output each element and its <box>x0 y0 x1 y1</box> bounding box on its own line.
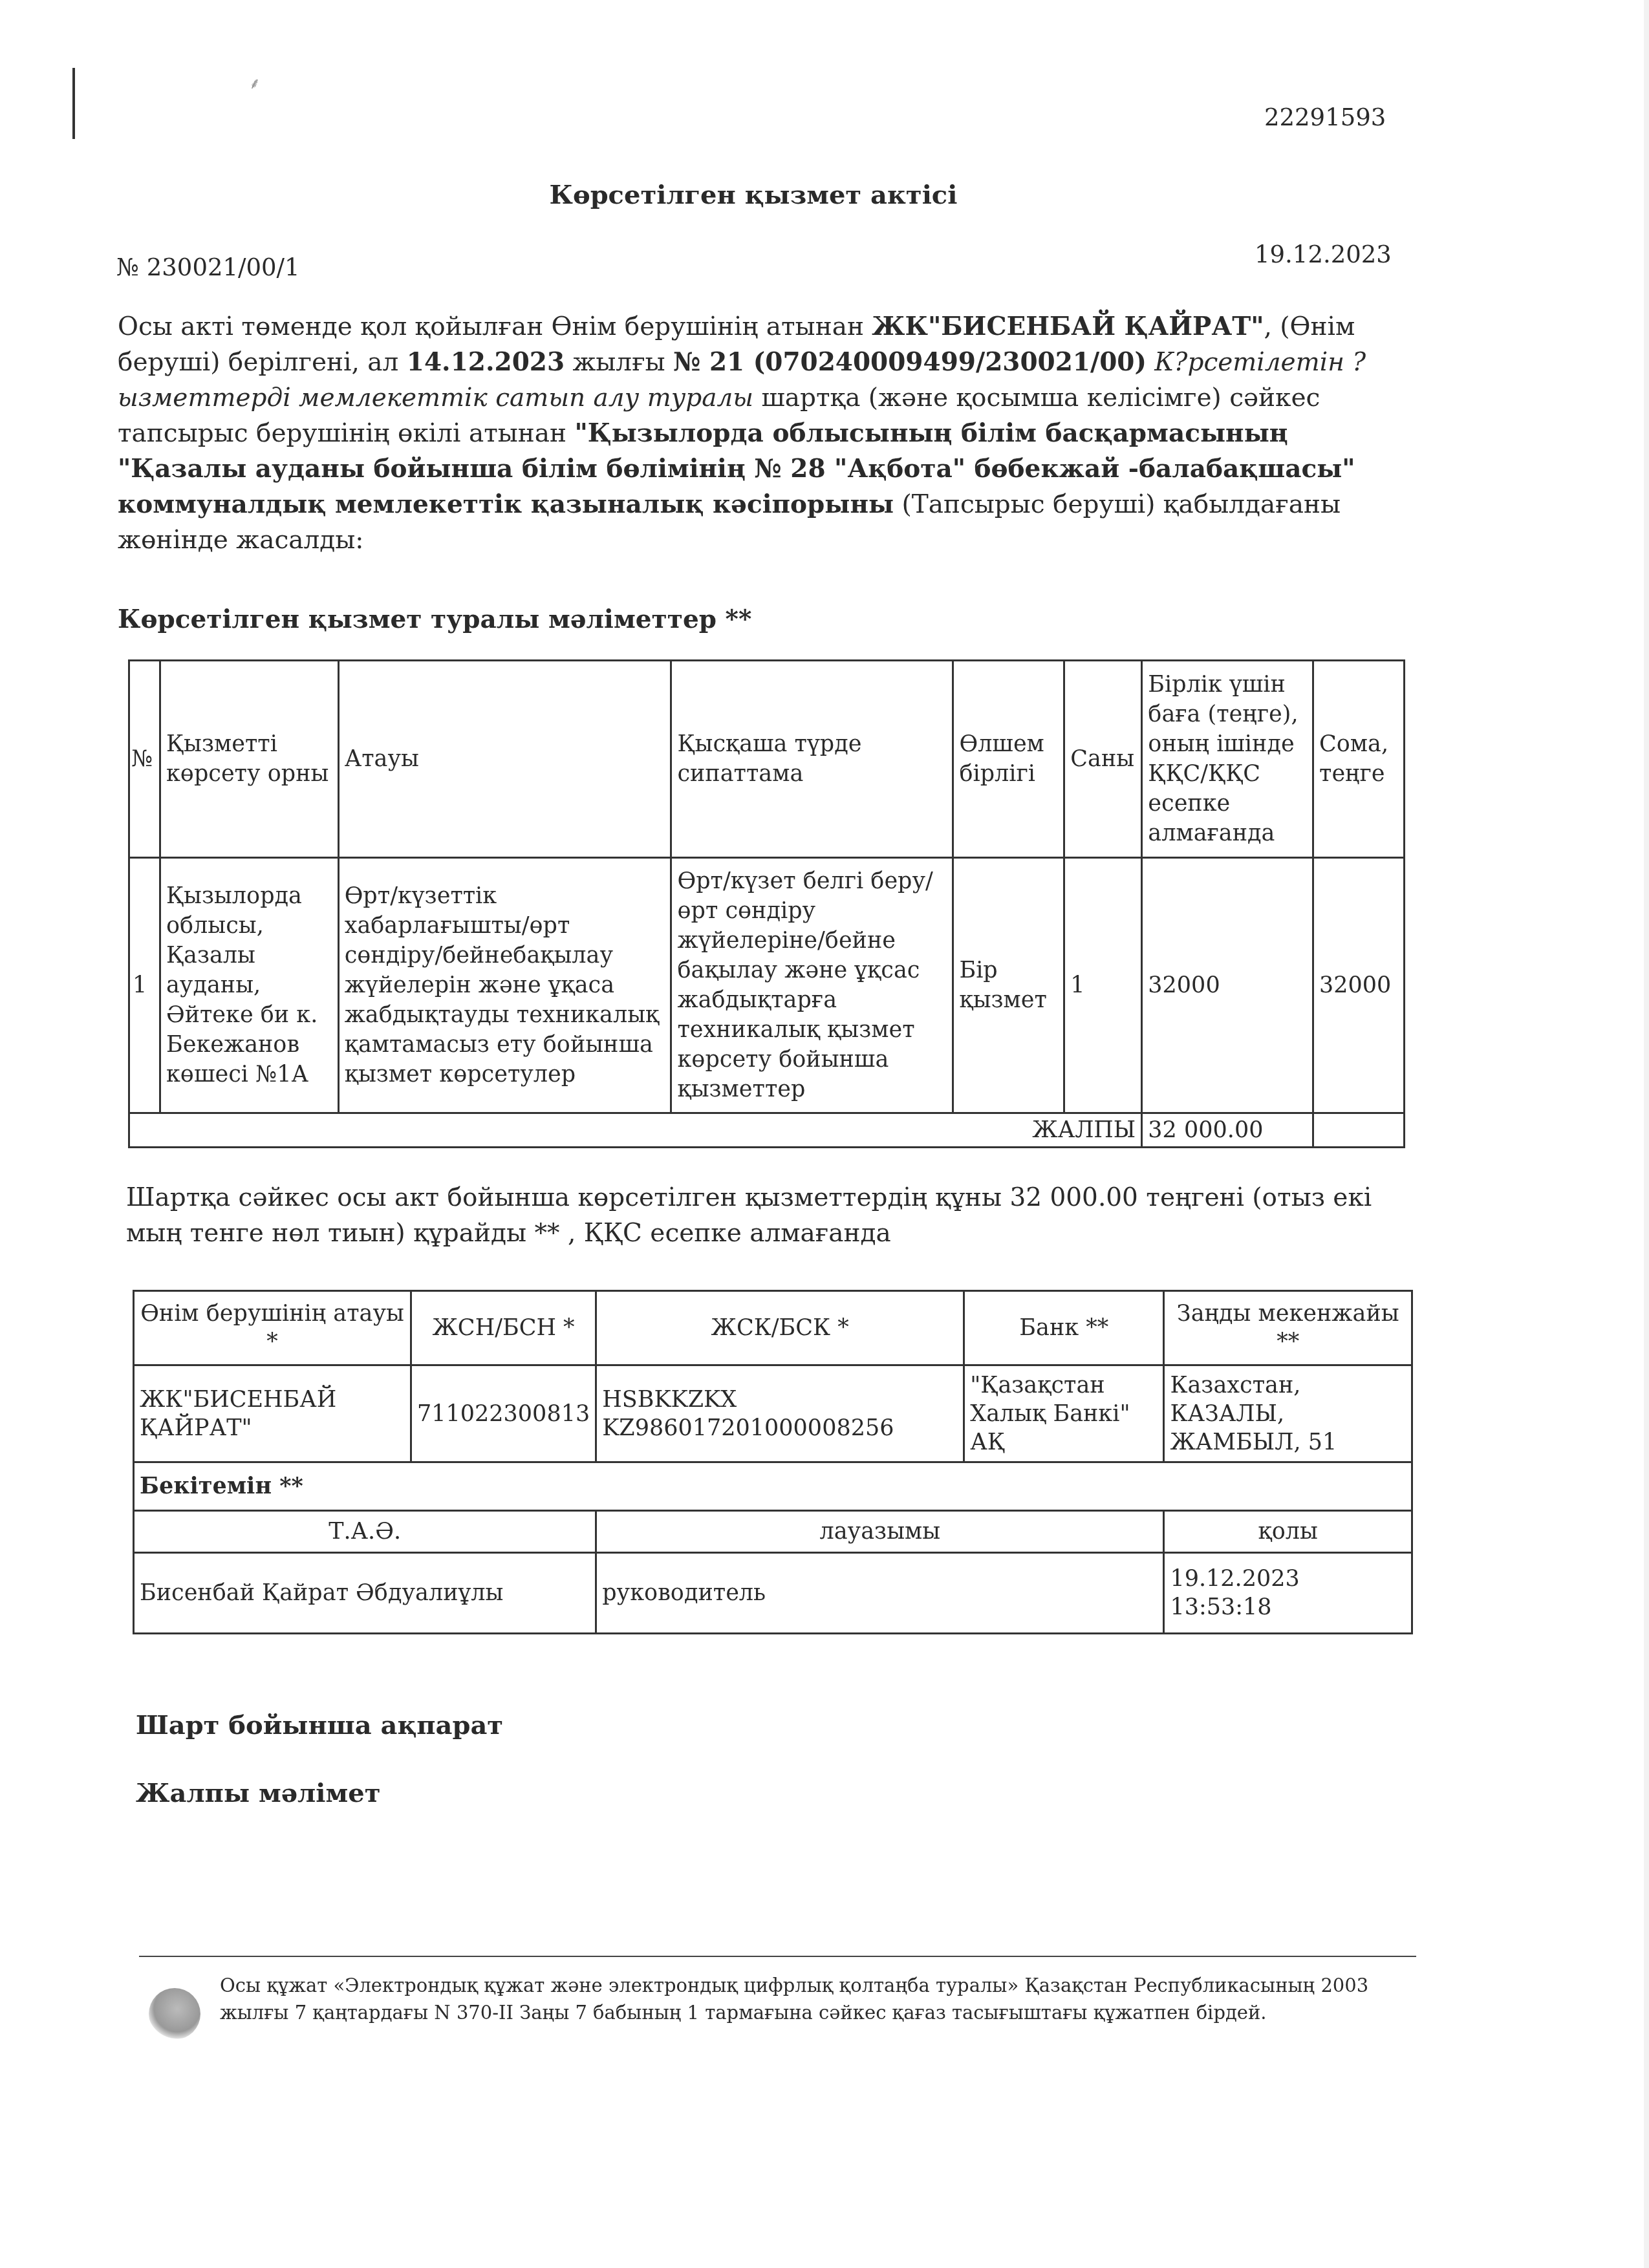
services-table: № Қызметті көрсету орны Атауы Қысқаша тү… <box>128 659 1405 1148</box>
supplier-iban: KZ986017201000008256 <box>602 1414 958 1442</box>
supplier-bic: HSBKKZKX <box>602 1385 958 1414</box>
total-empty <box>1313 1113 1405 1148</box>
supplier-name-bold: ЖК"БИСЕНБАЙ ҚАЙРАТ" <box>872 312 1264 341</box>
col-account: ЖСК/БСК * <box>596 1291 964 1365</box>
col-name: Атауы <box>338 661 671 858</box>
signature-date: 19.12.2023 <box>1170 1565 1406 1593</box>
services-table-header: № Қызметті көрсету орны Атауы Қысқаша тү… <box>129 661 1405 858</box>
col-supplier-name: Өнім берушінің атауы * <box>134 1291 411 1365</box>
intro-text-3: жылғы <box>565 348 673 377</box>
col-description: Қысқаша түрде сипаттама <box>671 661 953 858</box>
supplier-table-header: Өнім берушінің атауы * ЖСН/БСН * ЖСК/БСК… <box>134 1291 1412 1365</box>
supplier-bank: "Қазақстан Халық Банкі" АҚ <box>964 1365 1164 1462</box>
col-address: Заңды мекенжайы ** <box>1164 1291 1412 1365</box>
summary-paragraph: Шартқа сәйкес осы акт бойынша көрсетілге… <box>126 1180 1394 1251</box>
scan-speck: ⸙ <box>249 72 258 92</box>
col-bank: Банк ** <box>964 1291 1164 1365</box>
page-title: Көрсетілген қызмет актісі <box>0 180 1507 210</box>
col-unit-price: Бірлік үшін баға (теңге), оның ішінде ҚҚ… <box>1142 661 1313 858</box>
cell-name: Өрт/күзеттік хабарлағышты/өрт сөндіру/бе… <box>338 858 671 1113</box>
signer-position: руководитель <box>596 1553 1164 1634</box>
services-section-title: Көрсетілген қызмет туралы мәліметтер ** <box>118 604 751 634</box>
document-id: 22291593 <box>1264 103 1386 131</box>
approve-row: Бекітемін ** <box>134 1462 1412 1511</box>
total-row: ЖАЛПЫ 32 000.00 <box>129 1113 1405 1148</box>
intro-text-4 <box>1147 348 1154 377</box>
contract-number: № 21 (070240009499/230021/00) <box>673 347 1147 377</box>
cell-place: Қызылорда облысы, Қазалы ауданы, Әйтеке … <box>160 858 338 1113</box>
footer-divider <box>139 1956 1416 1957</box>
signer-fio: Бисенбай Қайрат Әбдуалиұлы <box>134 1553 596 1634</box>
col-signature: қолы <box>1164 1511 1412 1553</box>
signature-time: 13:53:18 <box>1170 1593 1406 1621</box>
supplier-iin: 711022300813 <box>411 1365 596 1462</box>
contract-info-heading: Шарт бойынша ақпарат <box>136 1710 503 1740</box>
supplier-row: ЖК"БИСЕНБАЙ ҚАЙРАТ" 711022300813 HSBKKZK… <box>134 1365 1412 1462</box>
col-unit: Өлшем бірлігі <box>953 661 1064 858</box>
supplier-table: Өнім берушінің атауы * ЖСН/БСН * ЖСК/БСК… <box>133 1290 1413 1634</box>
cell-unit-price: 32000 <box>1142 858 1313 1113</box>
act-number: № 230021/00/1 <box>116 253 300 281</box>
cell-sum: 32000 <box>1313 858 1405 1113</box>
act-date: 19.12.2023 <box>1255 241 1392 268</box>
intro-paragraph: Осы акті төменде қол қойылған Өнім беруш… <box>118 309 1385 558</box>
cell-description: Өрт/күзет белгі беру/өрт сөндіру жүйелер… <box>671 858 953 1113</box>
contract-date: 14.12.2023 <box>407 347 565 377</box>
general-info-heading: Жалпы мәлімет <box>136 1778 380 1808</box>
supplier-account: HSBKKZKX KZ986017201000008256 <box>596 1365 964 1462</box>
egov-seal-icon <box>149 1988 200 2040</box>
col-sum: Сома, теңге <box>1313 661 1405 858</box>
total-value: 32 000.00 <box>1142 1113 1313 1148</box>
signature-row: Бисенбай Қайрат Әбдуалиұлы руководитель … <box>134 1553 1412 1634</box>
col-position: лауазымы <box>596 1511 1164 1553</box>
scan-edge <box>1644 0 1649 2268</box>
intro-text-1: Осы акті төменде қол қойылған Өнім беруш… <box>118 312 872 341</box>
col-fio: Т.А.Ә. <box>134 1511 596 1553</box>
scan-margin-mark <box>72 68 75 139</box>
cell-qty: 1 <box>1064 858 1142 1113</box>
supplier-name: ЖК"БИСЕНБАЙ ҚАЙРАТ" <box>134 1365 411 1462</box>
approve-label: Бекітемін ** <box>134 1462 1412 1511</box>
supplier-address: Казахстан, КАЗАЛЫ, ЖАМБЫЛ, 51 <box>1164 1365 1412 1462</box>
col-no: № <box>129 661 160 858</box>
footer-legal-note: Осы құжат «Электрондық құжат және электр… <box>220 1972 1397 2026</box>
col-place: Қызметті көрсету орны <box>160 661 338 858</box>
col-qty: Саны <box>1064 661 1142 858</box>
total-label: ЖАЛПЫ <box>129 1113 1142 1148</box>
cell-unit: Бір қызмет <box>953 858 1064 1113</box>
signature-datetime: 19.12.2023 13:53:18 <box>1164 1553 1412 1634</box>
table-row: 1 Қызылорда облысы, Қазалы ауданы, Әйтек… <box>129 858 1405 1113</box>
signature-header: Т.А.Ә. лауазымы қолы <box>134 1511 1412 1553</box>
col-iin: ЖСН/БСН * <box>411 1291 596 1365</box>
cell-no: 1 <box>129 858 160 1113</box>
